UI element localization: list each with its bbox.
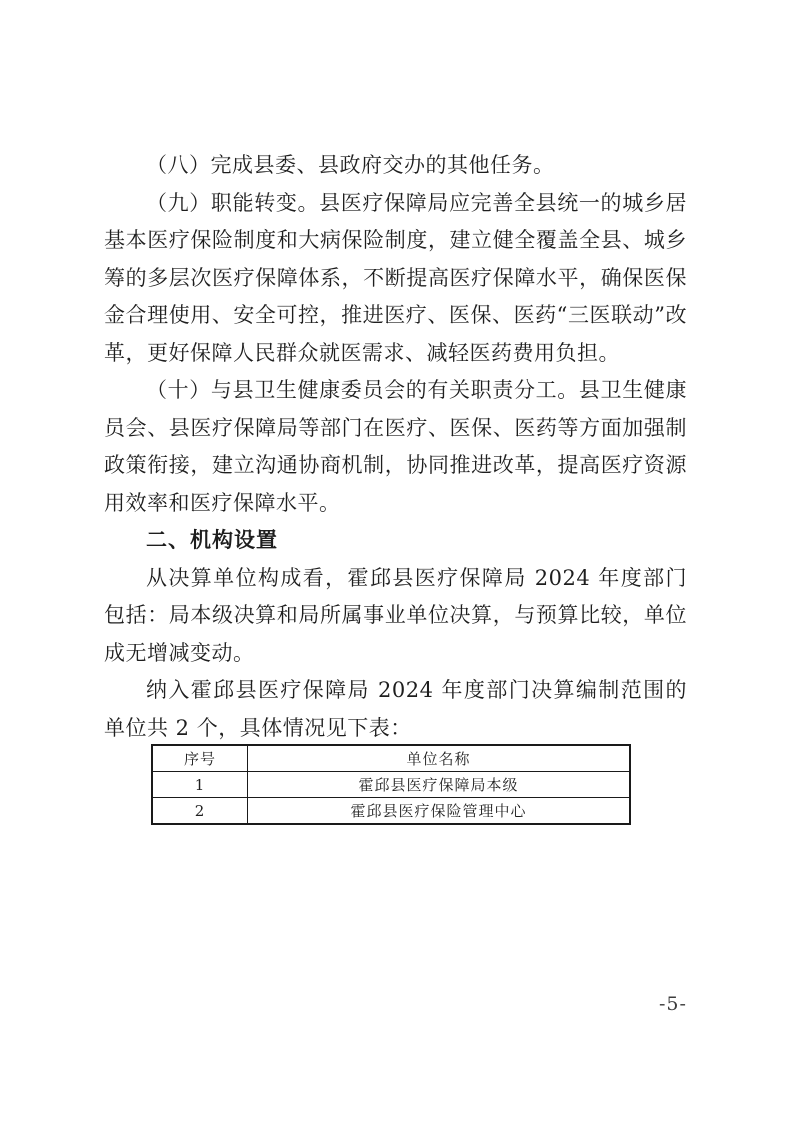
unit-seq-cell: 1 [152,772,248,798]
units-table: 序号 单位名称 1 霍邱县医疗保障局本级 2 霍邱县医疗保险管理中心 [151,744,631,825]
para-scope-line: 单位共 2 个，具体情况见下表： [104,710,687,748]
document-body: （八）完成县委、县政府交办的其他任务。 （九）职能转变。县医疗保障局应完善全县统… [104,147,687,747]
para-overview-line: 包括：局本级决算和局所属事业单位决算，与预算比较，单位构 [104,597,687,635]
units-table-header-name: 单位名称 [248,745,631,772]
section-heading: 二、机构设置 [104,522,687,560]
unit-seq-cell: 2 [152,798,248,825]
para-9-line: 筹的多层次医疗保障体系，不断提高医疗保障水平，确保医保资 [104,260,687,298]
para-scope-line: 纳入霍邱县医疗保障局 2024 年度部门决算编制范围的二级 [104,672,687,710]
para-10-line: 员会、县医疗保障局等部门在医疗、医保、医药等方面加强制度、 [104,410,687,448]
para-9-line: 基本医疗保险制度和大病保险制度，建立健全覆盖全县、城乡统 [104,222,687,260]
para-8-line: （八）完成县委、县政府交办的其他任务。 [104,147,687,185]
para-9-line: （九）职能转变。县医疗保障局应完善全县统一的城乡居民 [104,185,687,223]
document-page: （八）完成县委、县政府交办的其他任务。 （九）职能转变。县医疗保障局应完善全县统… [0,0,793,1122]
para-overview-line: 从决算单位构成看，霍邱县医疗保障局 2024 年度部门决算 [104,560,687,598]
para-9-line: 革，更好保障人民群众就医需求、减轻医药费用负担。 [104,335,687,373]
para-10-line: （十）与县卫生健康委员会的有关职责分工。县卫生健康委 [104,372,687,410]
units-table-header-row: 序号 单位名称 [152,745,630,772]
para-10-line: 用效率和医疗保障水平。 [104,485,687,523]
para-overview-line: 成无增减变动。 [104,635,687,673]
unit-name-cell: 霍邱县医疗保障局本级 [248,772,631,798]
units-table-header-seq: 序号 [152,745,248,772]
table-row: 1 霍邱县医疗保障局本级 [152,772,630,798]
table-row: 2 霍邱县医疗保险管理中心 [152,798,630,825]
para-9-line: 金合理使用、安全可控，推进医疗、医保、医药“三医联动”改 [104,297,687,335]
page-number: -5- [659,993,687,1015]
unit-name-cell: 霍邱县医疗保险管理中心 [248,798,631,825]
para-10-line: 政策衔接，建立沟通协商机制，协同推进改革，提高医疗资源使 [104,447,687,485]
